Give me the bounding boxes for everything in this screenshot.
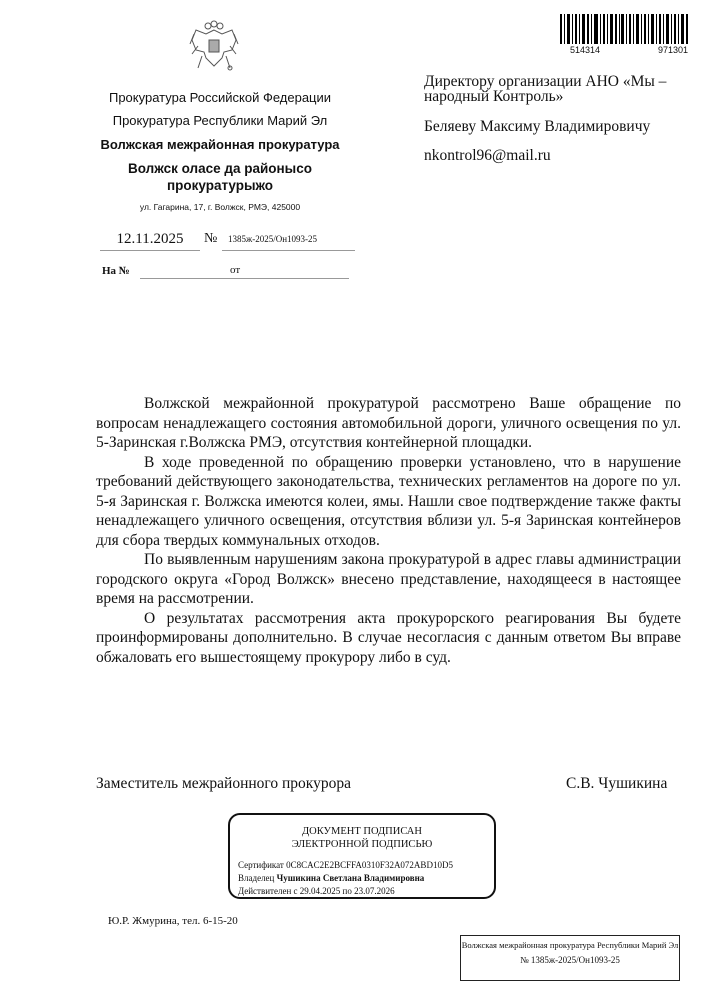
- registration-number-sign: №: [520, 955, 529, 965]
- reply-to-label: На №: [102, 265, 130, 277]
- registration-number-line: № 1385ж-2025/Он1093-25: [461, 955, 679, 966]
- paragraph: О результатах рассмотрения акта прокурор…: [96, 609, 681, 668]
- valid-from: 29.04.2025: [300, 886, 341, 896]
- barcode-numbers: 514314 971301: [570, 45, 688, 55]
- registration-box: Волжская межрайонная прокуратура Республ…: [460, 935, 680, 981]
- paragraph: В ходе проведенной по обращению проверки…: [96, 453, 681, 551]
- certificate-value: 0C8CAC2E2BCFFA0310F32A072ABD10D5: [286, 860, 453, 870]
- document-number: 1385ж-2025/Он1093-25: [222, 234, 355, 251]
- paragraph: Волжской межрайонной прокуратурой рассмо…: [96, 394, 681, 453]
- from-label: от: [230, 264, 240, 276]
- stamp-title: ДОКУМЕНТ ПОДПИСАН ЭЛЕКТРОННОЙ ПОДПИСЬЮ: [230, 825, 494, 851]
- header-prosecutor-federation: Прокуратура Российской Федерации: [85, 90, 355, 105]
- signer-name: С.В. Чушикина: [566, 775, 667, 793]
- electronic-signature-stamp: ДОКУМЕНТ ПОДПИСАН ЭЛЕКТРОННОЙ ПОДПИСЬЮ С…: [228, 813, 496, 899]
- stamp-owner: Владелец Чушикина Светлана Владимировна: [238, 873, 424, 883]
- office-address: ул. Гагарина, 17, г. Волжск, РМЭ, 425000: [85, 202, 355, 212]
- registration-number: 1385ж-2025/Он1093-25: [531, 955, 620, 965]
- paragraph: По выявленным нарушениям закона прокурат…: [96, 550, 681, 609]
- barcode-left-number: 514314: [570, 45, 600, 55]
- owner-label: Владелец: [238, 873, 274, 883]
- signer-position: Заместитель межрайонного прокурора: [96, 775, 351, 793]
- valid-label: Действителен: [238, 886, 291, 896]
- stamp-certificate: Сертификат 0C8CAC2E2BCFFA0310F32A072ABD1…: [238, 860, 453, 870]
- recipient-email: nkontrol96@mail.ru: [424, 147, 551, 165]
- document-date: 12.11.2025: [100, 231, 200, 251]
- valid-to-label: по: [343, 886, 352, 896]
- barcode-right-number: 971301: [658, 45, 688, 55]
- header-volzhsk-office-mari: Волжск олace да районысо прокуратурыжо: [85, 160, 355, 194]
- certificate-label: Сертификат: [238, 860, 284, 870]
- executor-contact: Ю.Р. Жмурина, тел. 6-15-20: [108, 915, 238, 927]
- owner-value: Чушикина Светлана Владимировна: [277, 873, 425, 883]
- stamp-title-line2: ЭЛЕКТРОННОЙ ПОДПИСЬЮ: [230, 838, 494, 851]
- valid-from-label: с: [294, 886, 298, 896]
- recipient-name: Беляеву Максиму Владимировичу: [424, 118, 650, 136]
- header-volzhsk-office: Волжская межрайонная прокуратура: [85, 137, 355, 152]
- stamp-title-line1: ДОКУМЕНТ ПОДПИСАН: [230, 825, 494, 838]
- coat-of-arms-emblem: [186, 20, 242, 72]
- registration-org: Волжская межрайонная прокуратура Республ…: [461, 940, 679, 951]
- header-prosecutor-republic: Прокуратура Республики Марий Эл: [85, 113, 355, 128]
- recipient-title: Директору организации АНО «Мы – народный…: [424, 74, 694, 104]
- stamp-validity: Действителен с 29.04.2025 по 23.07.2026: [238, 886, 395, 896]
- valid-to: 23.07.2026: [354, 886, 395, 896]
- barcode: [560, 14, 688, 44]
- number-sign: №: [204, 231, 217, 247]
- letter-body: Волжской межрайонной прокуратурой рассмо…: [96, 394, 681, 667]
- reply-from-field: от: [140, 264, 349, 279]
